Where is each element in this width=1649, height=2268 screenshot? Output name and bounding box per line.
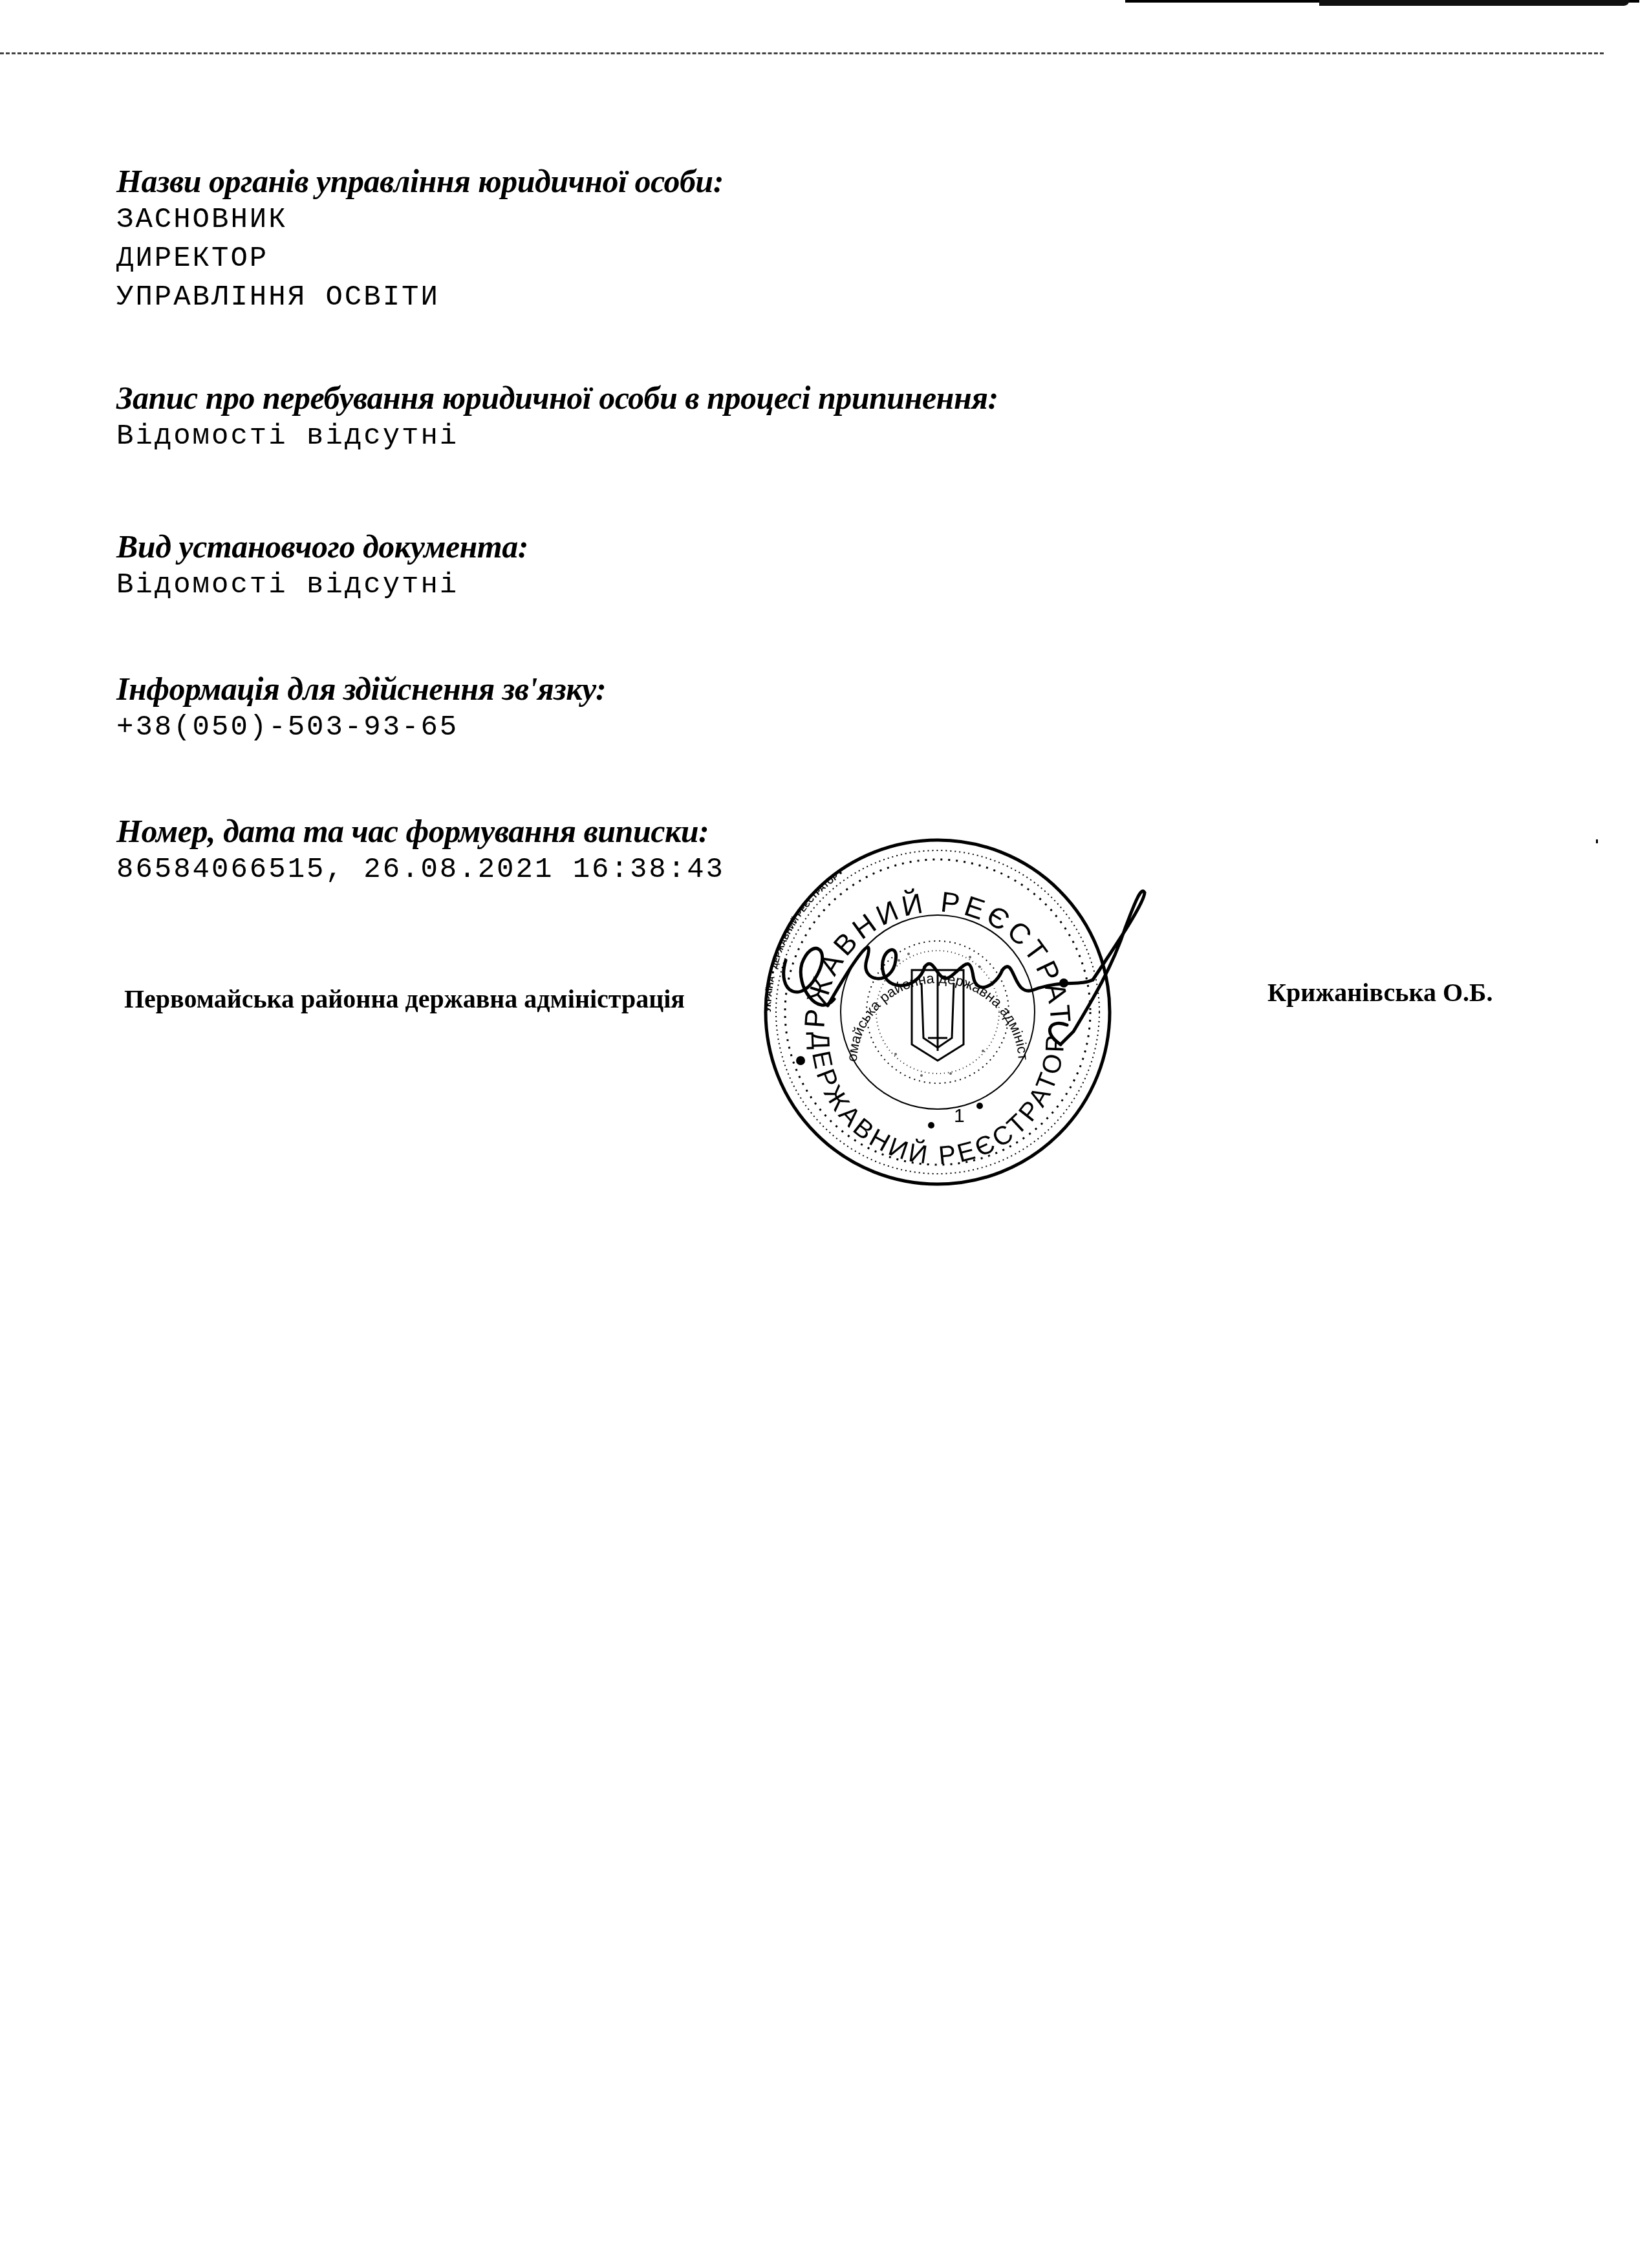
field-label: Інформація для здійснення зв'язку: bbox=[116, 669, 606, 708]
stamp-inner-text: Первомайська районна державна адміністра… bbox=[751, 818, 1031, 1062]
field-value: +38(050)-503-93-65 bbox=[116, 708, 606, 747]
field-label: Назви органів управління юридичної особи… bbox=[116, 162, 724, 200]
field-value: УПРАВЛІННЯ ОСВІТИ bbox=[116, 278, 724, 317]
field-management-bodies: Назви органів управління юридичної особи… bbox=[116, 162, 724, 317]
field-termination-status: Запис про перебування юридичної особи в … bbox=[116, 378, 998, 456]
field-value: 86584066515, 26.08.2021 16:38:43 bbox=[116, 850, 725, 889]
field-extract-number-date: Номер, дата та час формування виписки: 8… bbox=[116, 812, 725, 889]
field-value: ДИРЕКТОР bbox=[116, 239, 724, 278]
field-label: Вид установчого документа: bbox=[116, 527, 528, 566]
issuing-organization: Первомайська районна державна адміністра… bbox=[124, 980, 685, 1019]
registrar-name: Крижанівська О.Б. bbox=[1267, 973, 1493, 1012]
field-label: Запис про перебування юридичної особи в … bbox=[116, 378, 998, 417]
scan-edge bbox=[1319, 0, 1630, 6]
stamp-number: 1 bbox=[954, 1105, 965, 1127]
svg-text:Первомайська районна державна: Первомайська районна державна адміністра… bbox=[751, 818, 1031, 1062]
stamp-seal-icon: УКРАЇНА • ДЕРЖАВНИЙ РЕЄСТРАТОР • ДЕРЖАВН… bbox=[757, 831, 1119, 1193]
field-contact-info: Інформація для здійснення зв'язку: +38(0… bbox=[116, 669, 606, 747]
field-label: Номер, дата та час формування виписки: bbox=[116, 812, 725, 850]
stamp-bottom-text: ДЕРЖАВНИЙ РЕЄСТРАТОР bbox=[806, 1031, 1070, 1171]
scan-speck bbox=[1596, 839, 1598, 843]
field-value: Відомості відсутні bbox=[116, 417, 998, 456]
svg-text:ДЕРЖАВНИЙ РЕЄСТРАТОР: ДЕРЖАВНИЙ РЕЄСТРАТОР bbox=[806, 1031, 1070, 1171]
field-value: ЗАСНОВНИК bbox=[116, 200, 724, 239]
field-founding-document-type: Вид установчого документа: Відомості від… bbox=[116, 527, 528, 605]
page-top-rule bbox=[0, 52, 1604, 54]
field-value: Відомості відсутні bbox=[116, 566, 528, 605]
official-stamp: УКРАЇНА • ДЕРЖАВНИЙ РЕЄСТРАТОР • ДЕРЖАВН… bbox=[757, 831, 1119, 1193]
